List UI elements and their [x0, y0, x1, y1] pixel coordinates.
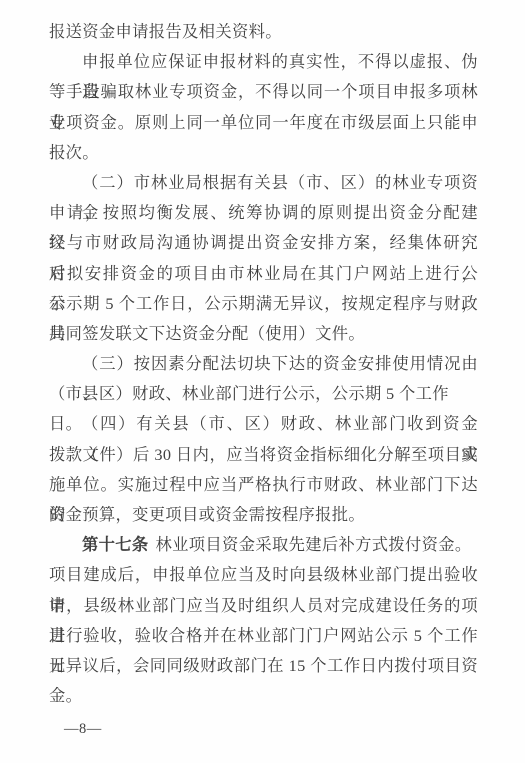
line-text: 拨款文件）后 30 日内，应当将资金指标细化分解至项目实 — [49, 445, 478, 464]
text-line: 一次。 — [49, 138, 478, 168]
text-line: 申请，按照均衡发展、统筹协调的原则提出资金分配建议， — [49, 198, 478, 228]
text-line: （二）市林业局根据有关县（市、区）的林业专项资金 — [49, 168, 478, 198]
text-line: 经与市财政局沟通协调提出资金安排方案，经集体研究后， — [49, 228, 478, 258]
text-line: 第十七条林业项目资金采取先建后补方式拨付资金。 — [49, 530, 478, 560]
text-line: 请，县级林业部门应当及时组织人员对完成建设任务的项目 — [49, 591, 478, 621]
page-number: —8— — [64, 719, 102, 739]
line-text: 报送资金申请报告及相关资料。 — [49, 22, 282, 41]
text-line: （市、区）财政、林业部门进行公示，公示期 5 个工作日。 — [49, 379, 478, 409]
text-block: 报送资金申请报告及相关资料。申报单位应保证申报材料的真实性，不得以虚报、伪造等手… — [49, 17, 478, 711]
text-line: 对拟安排资金的项目由市林业局在其门户网站上进行公示， — [49, 259, 478, 289]
text-line: 共同签发联文下达资金分配（使用）文件。 — [49, 319, 478, 349]
text-line: （三）按因素分配法切块下达的资金安排使用情况由县 — [49, 349, 478, 379]
text-line: 申报单位应保证申报材料的真实性，不得以虚报、伪造 — [49, 47, 478, 77]
text-line: 金。 — [49, 681, 478, 711]
text-line: 施单位。实施过程中应当严格执行市财政、林业部门下达的 — [49, 470, 478, 500]
text-line: 资金预算，变更项目或资金需按程序报批。 — [49, 500, 478, 530]
text-line: 进行验收，验收合格并在林业部门门户网站公示 5 个工作日 — [49, 621, 478, 651]
text-line: （四）有关县（市、区）财政、林业部门收到资金（或 — [49, 409, 478, 439]
line-text: 资金预算，变更项目或资金需按程序报批。 — [49, 505, 365, 524]
text-line: 等手段骗取林业专项资金，不得以同一个项目申报多项林业 — [49, 77, 478, 107]
line-text: 共同签发联文下达资金分配（使用）文件。 — [49, 324, 365, 343]
line-text: 金。 — [49, 686, 82, 705]
article-number: 第十七条 — [82, 535, 149, 554]
line-text: 一次。 — [49, 143, 99, 162]
text-line: 项目建成后，申报单位应当及时向县级林业部门提出验收申 — [49, 560, 478, 590]
line-text: 无异议后，会同同级财政部门在 15 个工作日内拨付项目资 — [49, 656, 478, 675]
document-page: 报送资金申请报告及相关资料。申报单位应保证申报材料的真实性，不得以虚报、伪造等手… — [0, 0, 525, 763]
text-line: 无异议后，会同同级财政部门在 15 个工作日内拨付项目资 — [49, 651, 478, 681]
text-line: 报送资金申请报告及相关资料。 — [49, 17, 478, 47]
line-text: 林业项目资金采取先建后补方式拨付资金。 — [156, 535, 472, 554]
text-line: 拨款文件）后 30 日内，应当将资金指标细化分解至项目实 — [49, 440, 478, 470]
text-line: 专项资金。原则上同一单位同一年度在市级层面上只能申报 — [49, 108, 478, 138]
text-line: 公示期 5 个工作日，公示期满无异议，按规定程序与财政局 — [49, 289, 478, 319]
